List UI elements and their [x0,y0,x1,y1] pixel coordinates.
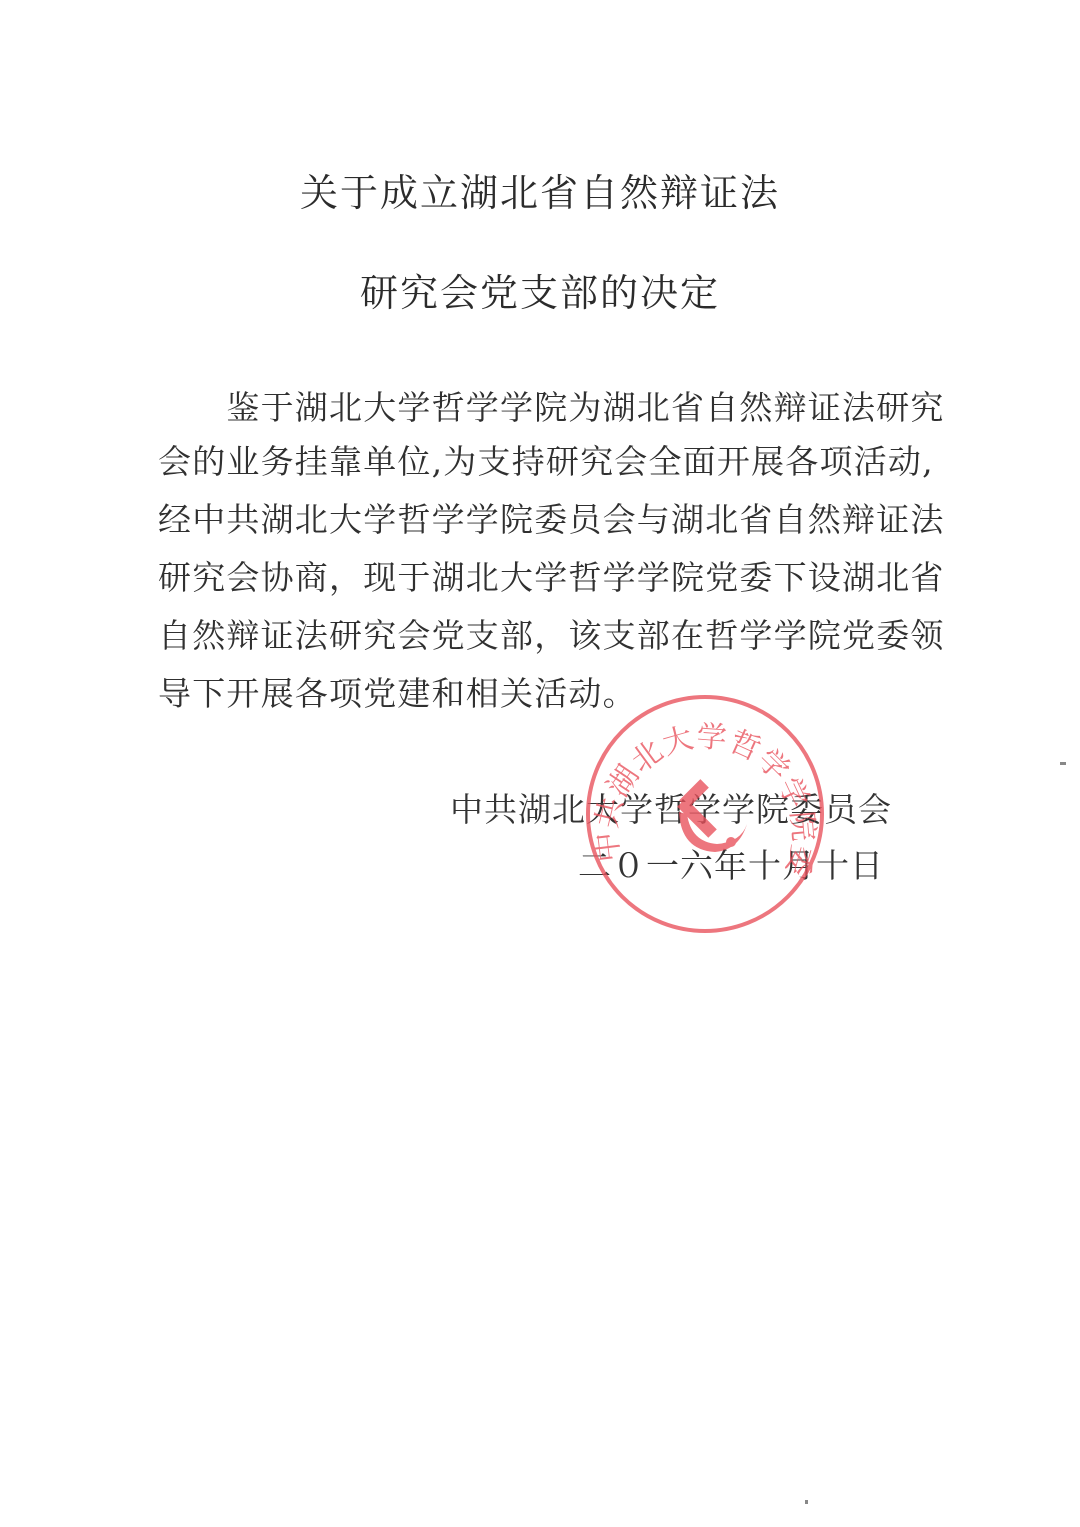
body-line-4: 研究会协商，现于湖北大学哲学学院党委下设湖北省 [158,552,945,599]
body-line-6: 导下开展各项党建和相关活动。 [158,668,637,715]
body-line-3: 经中共湖北大学哲学学院委员会与湖北省自然辩证法 [158,494,945,541]
document-title-line-1: 关于成立湖北省自然辩证法 [0,162,1080,217]
body-line-5: 自然辩证法研究会党支部，该支部在哲学学院党委领 [158,610,945,657]
document-title-line-2: 研究会党支部的决定 [0,262,1080,317]
scan-speck [1060,762,1066,765]
scan-speck [805,1500,808,1504]
body-line-1: 鉴于湖北大学哲学学院为湖北省自然辩证法研究 [158,382,945,429]
body-line-2: 会的业务挂靠单位,为支持研究会全面开展各项活动, [158,436,934,483]
official-seal-icon: 中共湖北大学哲学学院委员会 [583,692,827,936]
